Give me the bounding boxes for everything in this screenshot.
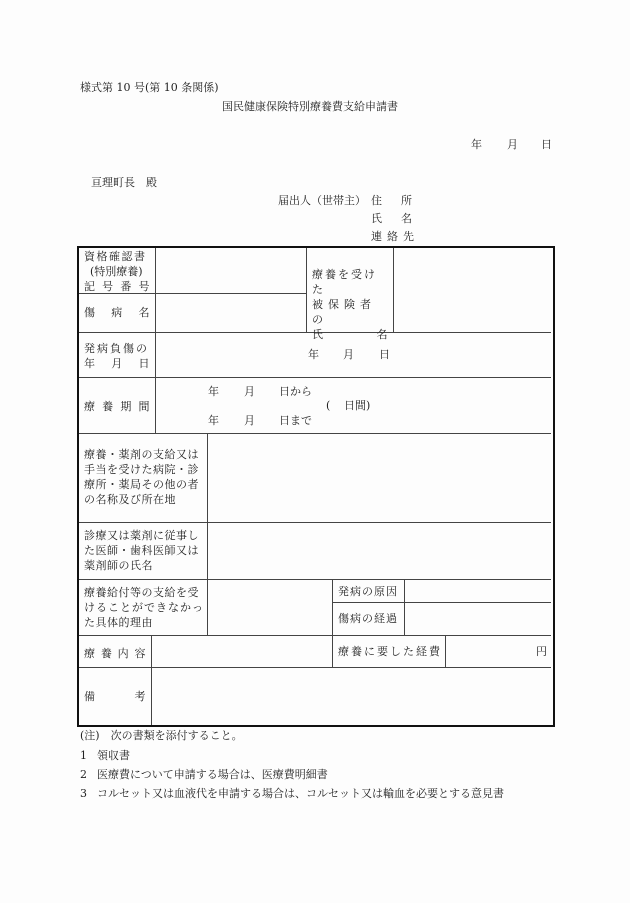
expense-label: 療養に要した経費	[338, 646, 442, 657]
cert-label-line2: (特別療養)	[84, 264, 150, 279]
remarks-label: 備 考	[84, 689, 146, 704]
divider	[445, 635, 446, 667]
cert-label-line1: 資格確認書	[84, 249, 150, 264]
notes-heading: (注) 次の書類を添付すること。	[80, 730, 243, 741]
note-item-number: 1	[80, 750, 87, 761]
progress-field[interactable]	[406, 604, 553, 636]
divider	[404, 579, 405, 635]
cert-label-line3: 記 号 番 号	[84, 279, 150, 294]
applicant-contact-label-3: 先	[403, 231, 414, 242]
note-item-number: 2	[80, 769, 87, 780]
disease-name-label: 傷 病 名	[84, 305, 150, 320]
expense-unit: 円	[536, 646, 547, 657]
divider	[207, 433, 208, 635]
treatment-content-field[interactable]	[153, 637, 334, 668]
insured-name-label: 療養を受けた 被保険者の 氏 名	[312, 267, 388, 342]
remarks-field[interactable]	[153, 669, 553, 726]
note-item-text: 領収書	[97, 750, 130, 761]
note-item-text: コルセット又は血液代を申請する場合は、コルセット又は輸血を必要とする意見書	[97, 788, 504, 799]
cert-number-field[interactable]	[157, 249, 308, 293]
reason-field[interactable]	[209, 581, 334, 637]
applicant-address-label-1: 住	[371, 195, 382, 206]
note-item-number: 3	[80, 788, 87, 799]
cause-label: 発病の原因	[338, 586, 398, 597]
treatment-period-label: 療 養 期 間	[84, 399, 150, 414]
applicant-label: 届出人（世帯主）	[278, 195, 366, 206]
applicant-name-label-2: 名	[401, 213, 412, 224]
applicant-contact-label-2: 絡	[387, 231, 398, 242]
date-year-label: 年	[471, 139, 482, 150]
cause-field[interactable]	[406, 581, 553, 603]
onset-date-label: 発病負傷の 年 月 日	[84, 341, 150, 371]
divider	[155, 248, 156, 433]
progress-label: 傷病の経過	[338, 613, 398, 624]
applicant-address-label-2: 所	[401, 195, 412, 206]
date-month-label: 月	[507, 139, 518, 150]
doctor-name-label: 診療又は薬剤に従事し た医師・歯科医師又は 薬剤師の氏名	[84, 528, 199, 573]
divider	[79, 377, 551, 378]
disease-name-field[interactable]	[157, 295, 308, 333]
divider	[393, 248, 394, 332]
divider	[151, 635, 152, 725]
applicant-contact-label-1: 連	[371, 231, 382, 242]
expense-field[interactable]	[447, 637, 531, 668]
doctor-name-field[interactable]	[209, 524, 553, 581]
form-number: 様式第 10 号(第 10 条関係)	[80, 82, 219, 93]
note-item-text: 医療費について申請する場合は、医療費明細書	[97, 769, 328, 780]
divider	[79, 433, 551, 434]
facility-field[interactable]	[209, 435, 553, 524]
insured-name-field[interactable]	[395, 249, 553, 333]
applicant-name-label-1: 氏	[371, 213, 382, 224]
page-title: 国民健康保険特別療養費支給申請書	[222, 101, 398, 112]
facility-label: 療養・薬剤の支給又は 手当を受けた病院・診 療所・薬局その他の者 の名称及び所在…	[84, 447, 199, 507]
reason-label: 療養給付等の支給を受 けることができなかっ た具体的理由	[84, 585, 204, 630]
cert-number-label: 資格確認書 (特別療養) 記 号 番 号	[84, 249, 150, 294]
treatment-content-label: 療 養 内 容	[84, 646, 146, 661]
addressee: 亘理町長 殿	[91, 177, 157, 188]
date-day-label: 日	[541, 139, 552, 150]
